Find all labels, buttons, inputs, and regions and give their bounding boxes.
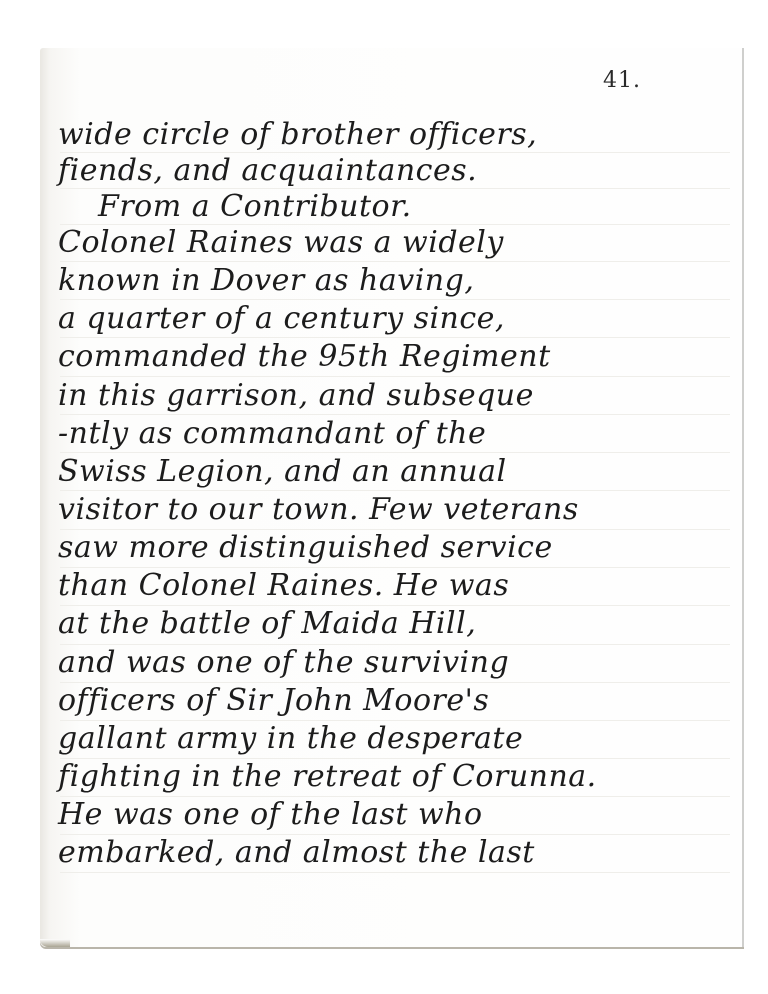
text-line: saw more distinguished service: [58, 529, 738, 567]
text-line: visitor to our town. Few veterans: [58, 491, 738, 529]
text-line: commanded the 95th Regiment: [58, 338, 738, 376]
text-line: Swiss Legion, and an annual: [58, 453, 738, 491]
text-line-heading: From a Contributor.: [98, 188, 768, 226]
text-line: fiends, and acquaintances.: [58, 152, 738, 190]
text-line: fighting in the retreat of Corunna.: [58, 758, 738, 796]
text-line: at the battle of Maida Hill,: [58, 605, 738, 643]
manuscript-page: 41. wide circle of brother officers, fie…: [40, 48, 744, 947]
page-corner-fold: [40, 939, 70, 947]
text-line: a quarter of a century since,: [58, 300, 738, 338]
text-line: embarked, and almost the last: [58, 834, 738, 872]
text-line: in this garrison, and subseque: [58, 377, 738, 415]
page-number: 41.: [603, 68, 641, 93]
text-line: than Colonel Raines. He was: [58, 567, 738, 605]
text-line: and was one of the surviving: [58, 644, 738, 682]
text-line: He was one of the last who: [58, 796, 738, 834]
text-line: -ntly as commandant of the: [58, 415, 738, 453]
text-line: wide circle of brother officers,: [58, 116, 738, 154]
text-line: gallant army in the desperate: [58, 720, 738, 758]
ruled-line: [60, 872, 730, 873]
text-line: Colonel Raines was a widely: [58, 224, 738, 262]
text-line: known in Dover as having,: [58, 262, 738, 300]
text-line: officers of Sir John Moore's: [58, 682, 738, 720]
